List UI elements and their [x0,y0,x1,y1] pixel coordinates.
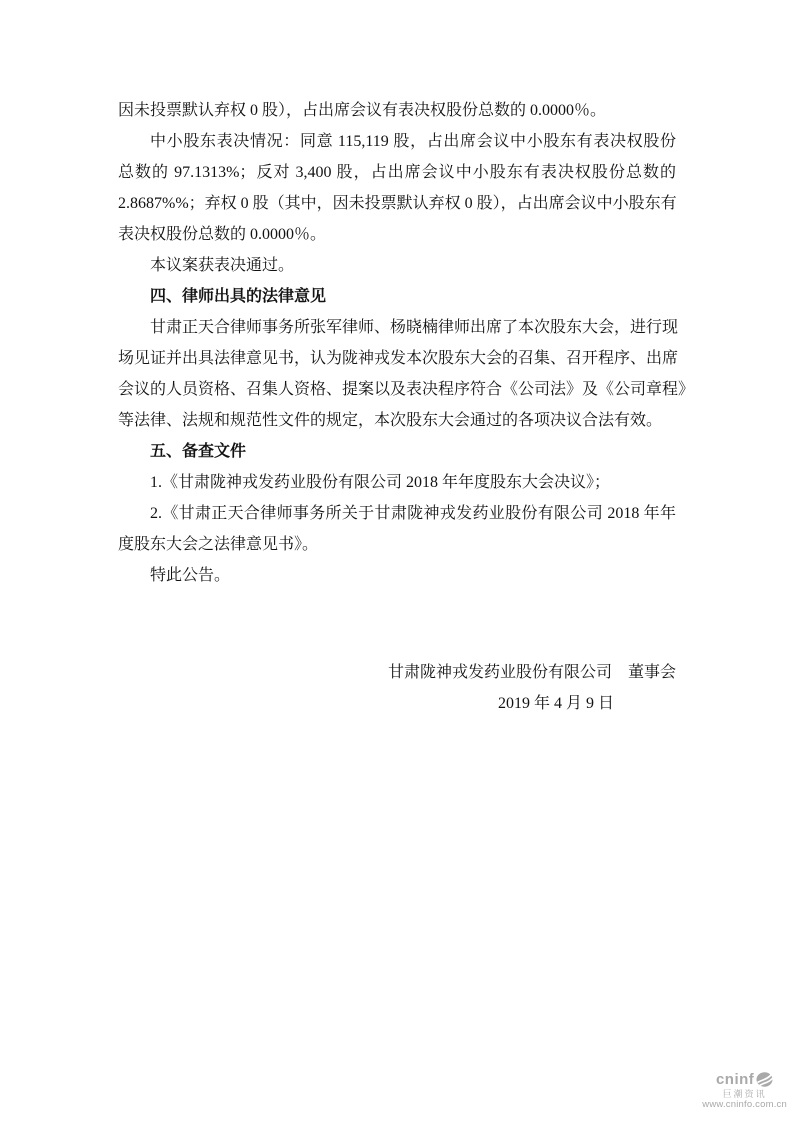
signature-company: 甘肃陇神戎发药业股份有限公司 董事会 [388,657,676,688]
doc-line: 1.《甘肃陇神戎发药业股份有限公司 2018 年年度股东大会决议》； [118,467,676,498]
doc-line: 2.《甘肃正天合律师事务所关于甘肃陇神戎发药业股份有限公司 2018 年年 [118,498,676,529]
doc-line: 总数的 97.1313%；反对 3,400 股，占出席会议中小股东有表决权股份总… [118,157,676,188]
signature-date: 2019 年 4 月 9 日 [388,688,676,719]
doc-line: 特此公告。 [118,560,676,591]
doc-line: 场见证并出具法律意见书，认为陇神戎发本次股东大会的召集、召开程序、出席 [118,343,676,374]
doc-line: 甘肃正天合律师事务所张军律师、杨晓楠律师出席了本次股东大会，进行现 [118,312,676,343]
section-heading: 四、律师出具的法律意见 [118,281,676,312]
cninfo-brand-row: cninf [716,1072,773,1089]
doc-line: 度股东大会之法律意见书》。 [118,529,676,560]
cninfo-brand-text: cninf [716,1072,754,1089]
document-body: 因未投票默认弃权 0 股），占出席会议有表决权股份总数的 0.0000％。中小股… [118,95,676,591]
document-page: 因未投票默认弃权 0 股），占出席会议有表决权股份总数的 0.0000％。中小股… [0,0,793,1122]
cninfo-watermark: cninf 巨潮资讯 www.cninfo.com.cn [702,1072,787,1112]
cninfo-swirl-icon [756,1072,773,1087]
doc-line: 中小股东表决情况：同意 115,119 股，占出席会议中小股东有表决权股份 [118,126,676,157]
doc-line: 会议的人员资格、召集人资格、提案以及表决程序符合《公司法》及《公司章程》 [118,374,676,405]
cninfo-chinese-name: 巨潮资讯 [723,1089,767,1099]
signature-block: 甘肃陇神戎发药业股份有限公司 董事会 2019 年 4 月 9 日 [388,657,676,719]
doc-line: 因未投票默认弃权 0 股），占出席会议有表决权股份总数的 0.0000％。 [118,95,676,126]
doc-line: 等法律、法规和规范性文件的规定，本次股东大会通过的各项决议合法有效。 [118,405,676,436]
section-heading: 五、备查文件 [118,436,676,467]
doc-line: 2.8687%%；弃权 0 股（其中，因未投票默认弃权 0 股），占出席会议中小… [118,188,676,219]
doc-line: 表决权股份总数的 0.0000％。 [118,219,676,250]
cninfo-url: www.cninfo.com.cn [702,1100,787,1111]
doc-line: 本议案获表决通过。 [118,250,676,281]
